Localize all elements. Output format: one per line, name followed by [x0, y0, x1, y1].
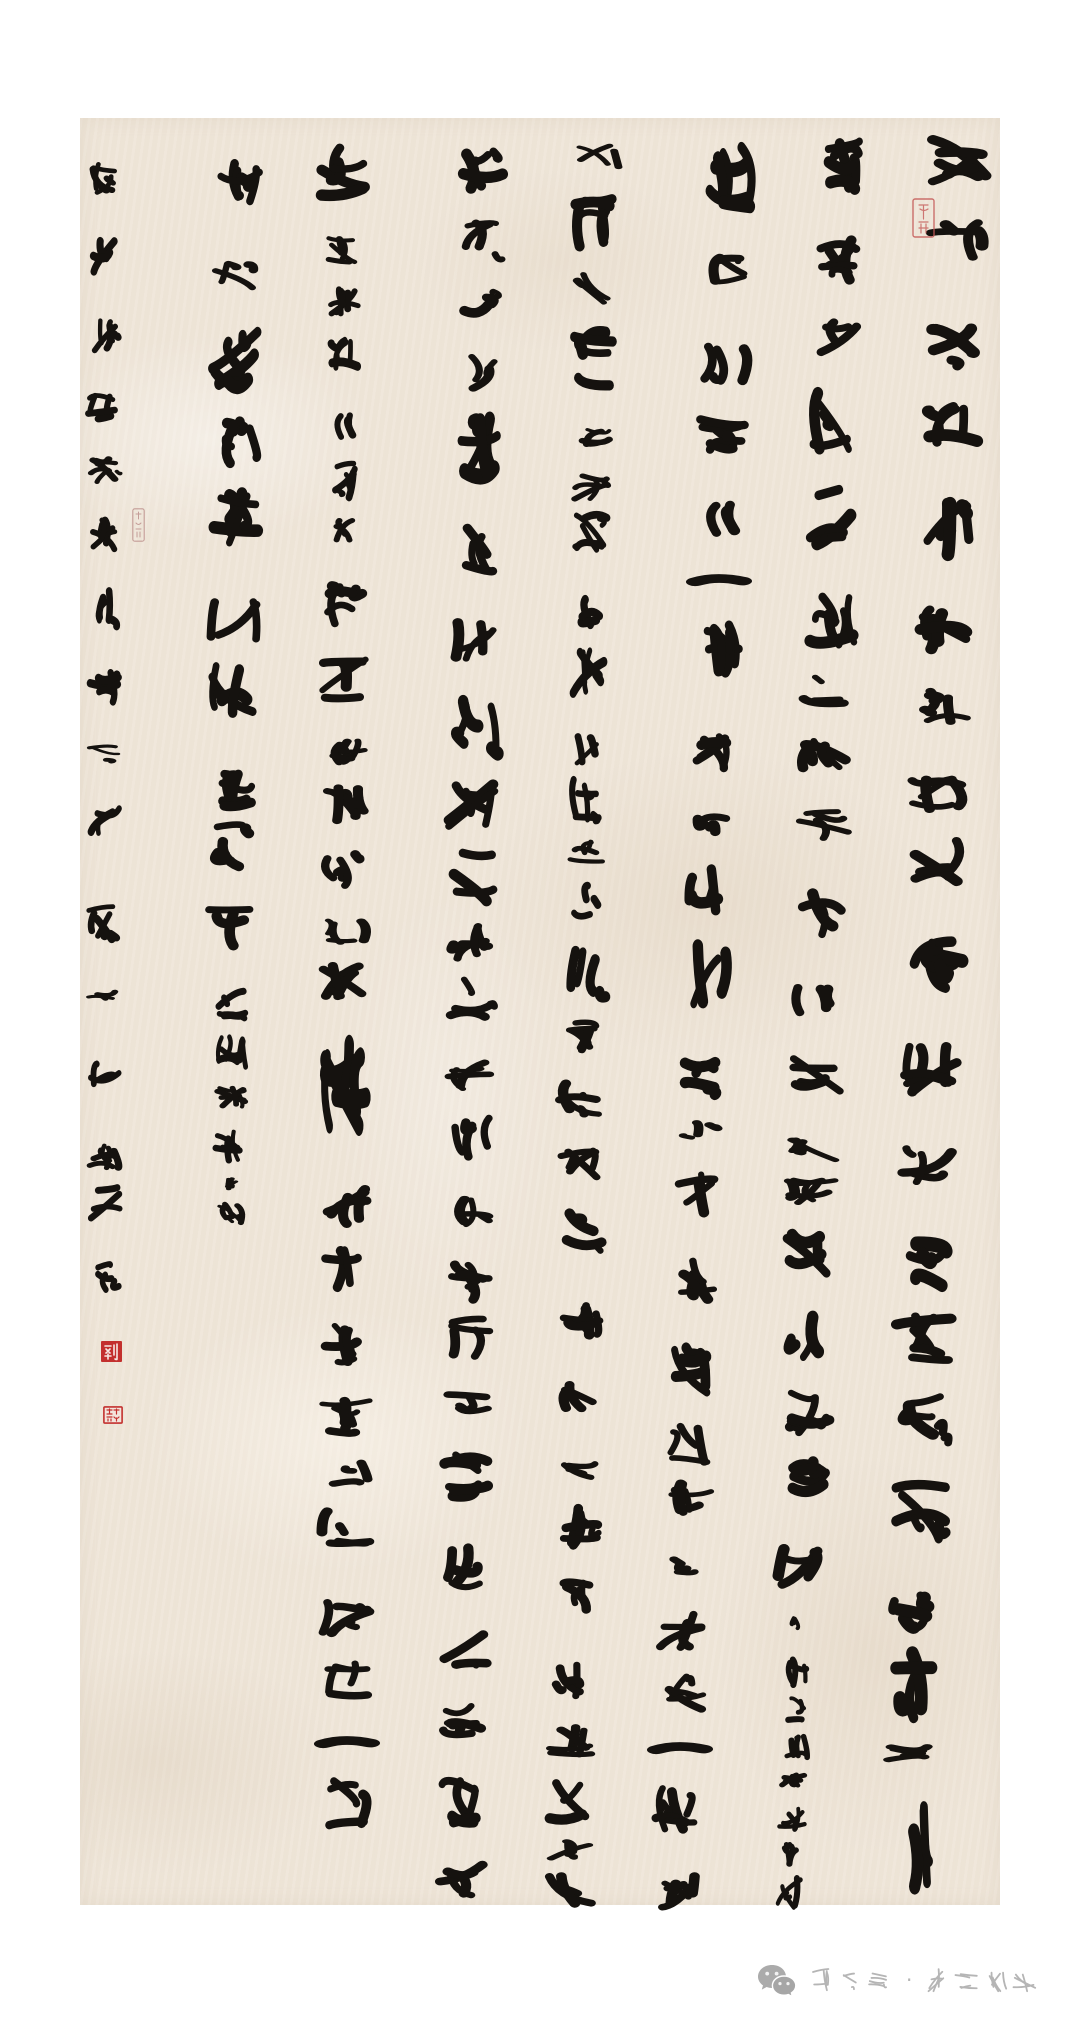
calligraphy-char: 柳	[206, 658, 262, 723]
column-8-inscription: 録唐詩雨水節氣詩四首 於山州識庵書	[85, 161, 123, 1305]
calligraphy-char: 四	[85, 742, 123, 763]
seal-mark-icon	[912, 198, 935, 238]
calligraphy-char: 書	[85, 1259, 123, 1305]
calligraphy-char: 濕	[438, 1449, 494, 1502]
calligraphy-char: 過	[881, 1647, 947, 1725]
calligraphy-char: 影	[774, 1447, 832, 1510]
calligraphy-char: 問	[654, 1671, 710, 1712]
calligraphy-char: 俱	[445, 778, 501, 830]
calligraphy-char: 一	[652, 1736, 708, 1761]
calligraphy-char: 片	[650, 1781, 706, 1834]
calligraphy-char: 風	[800, 589, 858, 651]
calligraphy-char: 曉	[440, 1257, 496, 1303]
calligraphy-char: 雲	[446, 691, 502, 760]
calligraphy-char: 雨	[924, 135, 990, 185]
calligraphy-char: 夜	[693, 495, 749, 541]
calligraphy-char: 春	[213, 1129, 247, 1163]
wechat-icon	[757, 1963, 797, 1997]
calligraphy-char: 潤	[452, 137, 508, 195]
calligraphy-char: 月	[781, 1219, 839, 1282]
column-1: 雨水洗春容平田已見龍祭魚盈浦嶼歸雁過山峯	[877, 135, 990, 1895]
calligraphy-char: 明	[441, 1193, 497, 1228]
calligraphy-char: 發	[549, 1502, 603, 1554]
calligraphy-char: 小	[213, 1176, 247, 1193]
calligraphy-char: 船	[443, 974, 499, 1020]
calligraphy-char: 洗	[919, 312, 985, 370]
leisure-seal	[132, 508, 145, 542]
lead-seal	[912, 198, 935, 238]
calligraphy-char: 甫	[325, 282, 361, 316]
calligraphy-char: 樓	[568, 726, 608, 766]
calligraphy-char: 紅	[439, 1385, 495, 1420]
calligraphy-char: 稹	[780, 1691, 812, 1725]
calligraphy-char: 野	[448, 524, 504, 576]
calligraphy-char: 雨	[317, 784, 373, 824]
calligraphy-char: 好	[557, 939, 611, 1003]
calligraphy-char: 看	[440, 1315, 496, 1362]
calligraphy-char: 春	[786, 1048, 844, 1100]
watermark-account: 娄底文艺	[924, 1963, 1040, 1997]
calligraphy-char: 愈	[214, 1033, 248, 1075]
seal-mark-icon	[101, 1341, 122, 1362]
article-image: 雨水洗春容平田已見龍祭魚盈浦嶼歸雁過山峯 雲色輕還重風光淡又濃向春入二月花色影重…	[0, 0, 1080, 2025]
calligraphy-char: 絕	[207, 412, 263, 473]
calligraphy-char: 昌	[572, 472, 612, 501]
calligraphy-char: 處	[437, 1542, 493, 1595]
calligraphy-char: 夜	[543, 1869, 597, 1910]
calligraphy-char: 街	[316, 651, 372, 703]
calligraphy-char: 如	[317, 916, 373, 945]
calligraphy-char: 已	[906, 768, 972, 813]
calligraphy-char: 滿	[205, 758, 261, 816]
calligraphy-char: 山	[880, 1734, 946, 1764]
calligraphy-char: 春	[917, 397, 983, 459]
calligraphy-char: 首	[85, 800, 123, 846]
calligraphy-char: 重	[436, 1694, 492, 1741]
calligraphy-char: 皇	[204, 820, 260, 870]
calligraphy-char: 洛	[668, 1257, 724, 1303]
calligraphy-char: 無	[450, 351, 506, 391]
calligraphy-char: 平	[686, 720, 742, 772]
calligraphy-char: 小	[316, 732, 372, 766]
calligraphy-char: 蓉	[569, 639, 609, 697]
calligraphy-char: 庵	[85, 1180, 123, 1221]
watermark-char: 娄	[924, 1967, 950, 1993]
calligraphy-char: 盈	[894, 1213, 960, 1291]
calligraphy-char: 玉	[567, 270, 623, 305]
calligraphy-char: 火	[442, 1058, 498, 1093]
calligraphy-char: 識	[85, 1142, 123, 1171]
calligraphy-char: 錦	[435, 1770, 491, 1834]
calligraphy-char: 遙	[318, 1245, 374, 1303]
calligraphy-char: 雲	[814, 135, 872, 201]
calligraphy-char: 元	[781, 1657, 813, 1691]
calligraphy-char: 無	[318, 1507, 374, 1548]
calligraphy-char: 喜	[326, 460, 362, 501]
calligraphy-char: 山	[673, 1117, 729, 1146]
calligraphy-char: 近	[318, 1397, 374, 1437]
calligraphy-char: 氣	[85, 584, 123, 630]
calligraphy-char: 在	[568, 195, 624, 253]
calligraphy-char: 浦	[891, 1311, 957, 1364]
calligraphy-char: 雨	[326, 518, 362, 547]
calligraphy-char: 杜	[325, 235, 361, 264]
calligraphy-char: 隨	[546, 1659, 600, 1706]
calligraphy-char: 聲	[449, 408, 505, 489]
calligraphy-char: 雨	[702, 247, 758, 287]
calligraphy-char: 輕	[809, 308, 867, 358]
calligraphy-char: 潤	[317, 847, 373, 893]
calligraphy-char: 雨	[778, 1734, 810, 1764]
calligraphy-char: 好	[208, 253, 264, 292]
calligraphy-char: 節	[553, 1204, 607, 1257]
calligraphy-char: 江	[696, 403, 752, 455]
calligraphy-char: 孤	[670, 1169, 726, 1222]
calligraphy-char: 天	[316, 576, 372, 628]
calligraphy-char: 客	[678, 934, 734, 1009]
calligraphy-char: 吳	[689, 616, 745, 680]
calligraphy-char: 當	[552, 1297, 606, 1344]
calligraphy-char: 江	[444, 922, 500, 962]
watermark-separator: ·	[906, 1963, 912, 1997]
watermark-char: 众	[836, 1967, 862, 1993]
calligraphy-char: 魚	[896, 1141, 962, 1190]
calligraphy-char: 雨	[85, 384, 123, 423]
calligraphy-char: 水	[777, 1768, 809, 1793]
watermark-char: 号	[865, 1967, 891, 1993]
calligraphy-char: 冰	[647, 1869, 703, 1910]
calligraphy-char: 初	[214, 1084, 248, 1109]
calligraphy-char: 處	[208, 322, 264, 399]
calligraphy-char: 田	[909, 685, 975, 726]
calligraphy-char: 送	[567, 772, 607, 824]
calligraphy-char: 韓	[214, 983, 248, 1021]
calligraphy-char: 看	[318, 1321, 374, 1367]
calligraphy-char: 龍	[902, 920, 968, 993]
calligraphy-char: 如	[658, 1548, 714, 1583]
calligraphy-char: 是	[319, 1659, 375, 1700]
calligraphy-char: 時	[554, 1140, 608, 1181]
calligraphy-char: 光	[798, 668, 856, 708]
watermark: 公众号 · 娄底文艺	[757, 1963, 1040, 1997]
calligraphy-char: 陽	[665, 1332, 721, 1397]
calligraphy-char: 楚	[675, 1041, 731, 1099]
name-seal-red-text	[103, 1406, 123, 1424]
calligraphy-char: 水	[85, 457, 123, 484]
calligraphy-char: 二	[783, 1172, 841, 1205]
seal-mark-icon	[132, 508, 145, 542]
calligraphy-char: 相	[656, 1607, 712, 1653]
calligraphy-char: 濃	[791, 885, 849, 941]
calligraphy-char: 還	[806, 384, 864, 454]
column-2: 雲色輕還重風光淡又濃向春入二月花色影重 〻 元稹雨水正月中	[771, 135, 872, 1910]
calligraphy-char: 色	[776, 1384, 834, 1437]
calligraphy-char: 寒	[705, 132, 761, 212]
calligraphy-char: 春	[325, 333, 361, 380]
calligraphy-char: 歸	[886, 1471, 952, 1544]
calligraphy-char: 王	[573, 420, 613, 449]
calligraphy-char: 平	[911, 601, 977, 659]
calligraphy-char: 淡	[796, 730, 854, 778]
calligraphy-char: 於	[85, 904, 123, 942]
calligraphy-char: 最	[319, 1595, 375, 1636]
calligraphy-char: 獨	[442, 1111, 498, 1163]
calligraphy-char: 峯	[877, 1798, 943, 1895]
calligraphy-char: 〻	[787, 1613, 809, 1632]
calligraphy-char: 風	[545, 1723, 599, 1758]
calligraphy-char: 見	[905, 833, 971, 885]
column-7: 春好處絕勝煙柳滿皇都 韓愈初春小雨	[204, 157, 265, 1226]
watermark-label: 公众号	[807, 1963, 894, 1997]
calligraphy-char: 正	[776, 1798, 808, 1832]
calligraphy-char: 詩	[85, 315, 123, 353]
watermark-char: 公	[807, 1967, 833, 1993]
calligraphy-char: 春	[209, 157, 265, 219]
calligraphy-char: 卻	[318, 1455, 374, 1490]
column-3: 寒雨連江夜入吳平明送客楚山孤洛陽親友如相問一片冰	[647, 132, 761, 1910]
calligraphy-char: 雨	[556, 1017, 610, 1058]
calligraphy-char: 色	[811, 232, 869, 285]
watermark-char: 文	[982, 1967, 1008, 1993]
calligraphy-char: 黑	[445, 847, 501, 905]
calligraphy-char: 乃	[549, 1461, 603, 1502]
calligraphy-char: 州	[85, 1054, 123, 1100]
calligraphy-char: 酥	[317, 962, 373, 1003]
calligraphy-char: 勝	[207, 485, 263, 550]
calligraphy-char: 明	[683, 789, 739, 835]
calligraphy-char: 祭	[899, 1041, 965, 1100]
calligraphy-char: 山	[85, 983, 123, 1004]
calligraphy-char: 官	[434, 1857, 490, 1898]
calligraphy-char: 城	[313, 143, 373, 201]
calligraphy-char: 節	[85, 515, 123, 553]
calligraphy-char: 一	[319, 1730, 375, 1755]
calligraphy-char: 友	[660, 1478, 716, 1519]
calligraphy-char: 月	[775, 1837, 807, 1866]
calligraphy-char: 雁	[884, 1569, 950, 1632]
calligraphy-char: 重	[771, 1535, 829, 1588]
calligraphy-char: 潛	[544, 1776, 598, 1828]
calligraphy-char: 送	[681, 864, 737, 922]
watermark-char: 艺	[1011, 1967, 1037, 1993]
calligraphy-char: 辛	[566, 835, 606, 864]
calligraphy-char: 花	[778, 1301, 836, 1369]
column-6: 城 杜甫春夜喜雨 天街小雨潤如酥草色遙看近卻無最是一年	[313, 143, 375, 1834]
calligraphy-char: 物	[451, 218, 507, 264]
calligraphy-char: 嶼	[889, 1389, 955, 1447]
calligraphy-char: 知	[555, 1076, 609, 1117]
column-5: 潤物細無聲野徑雲俱黑江船火獨明曉看紅濕處花重錦官	[434, 137, 508, 1898]
calligraphy-char: 入	[544, 1839, 598, 1863]
calligraphy-char: 向	[789, 972, 847, 1020]
calligraphy-char: 春	[551, 1380, 605, 1421]
calligraphy-char: 中	[774, 1871, 806, 1910]
calligraphy-char: 煙	[206, 596, 262, 646]
calligraphy-char: 重	[803, 485, 861, 551]
calligraphy-char: 入	[691, 568, 747, 593]
calligraphy-char: 入	[784, 1134, 842, 1162]
calligraphy-char: 唐	[85, 234, 123, 280]
calligraphy-char: 草	[317, 1023, 373, 1146]
calligraphy-char: 都	[204, 900, 260, 950]
watermark-char: 底	[953, 1967, 979, 1993]
calligraphy-char: 詩	[85, 661, 123, 707]
calligraphy-char: 生	[548, 1572, 602, 1618]
calligraphy-char: 徑	[447, 616, 503, 662]
calligraphy-char: 芙	[570, 576, 610, 628]
calligraphy-char: 又	[794, 809, 852, 847]
calligraphy-char: 夜	[326, 408, 362, 443]
calligraphy-char: 親	[662, 1420, 718, 1467]
calligraphy-char: 壺	[566, 322, 622, 391]
calligraphy-char: 心	[569, 143, 625, 172]
calligraphy-char: 連	[699, 333, 755, 385]
calligraphy-char: 色	[318, 1181, 374, 1227]
calligraphy-char: 齡	[571, 507, 611, 553]
calligraphy-char: 録	[85, 161, 123, 195]
name-seal-white-text	[101, 1341, 122, 1362]
calligraphy-char: 年	[319, 1775, 375, 1834]
calligraphy-char: 雨	[213, 1201, 247, 1226]
calligraphy-char: 細	[451, 282, 507, 333]
column-4: 心在玉壺 王昌齡芙蓉樓送辛漸 好雨知時節當春乃發生隨風潛入夜	[543, 143, 625, 1910]
calligraphy-char: 花	[436, 1624, 492, 1671]
calligraphy-char: 漸	[565, 876, 605, 922]
calligraphy-char: 容	[914, 493, 980, 563]
seal-mark-icon	[103, 1406, 123, 1424]
